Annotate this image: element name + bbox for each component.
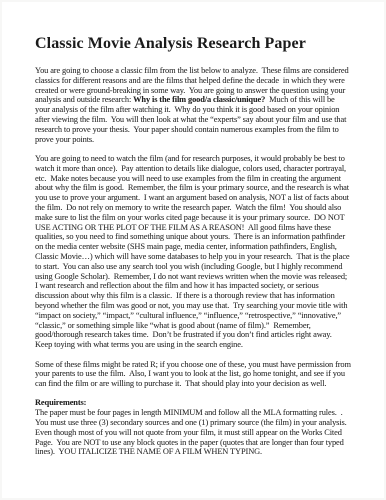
intro-paragraph: You are going to choose a classic film f… <box>35 66 351 144</box>
document-page: Classic Movie Analysis Research Paper Yo… <box>0 0 386 500</box>
research-instructions-paragraph: You are going to need to watch the film … <box>35 154 351 350</box>
requirements-section: Requirements:The paper must be four page… <box>35 398 351 457</box>
essay-question: Why is the film good/a classic/unique? <box>133 95 265 104</box>
rating-permission-paragraph: Some of these films might be rated R; if… <box>35 360 351 389</box>
page-title: Classic Movie Analysis Research Paper <box>35 34 351 53</box>
requirements-body: The paper must be four pages in length M… <box>35 408 349 456</box>
requirements-heading: Requirements: <box>35 398 351 408</box>
